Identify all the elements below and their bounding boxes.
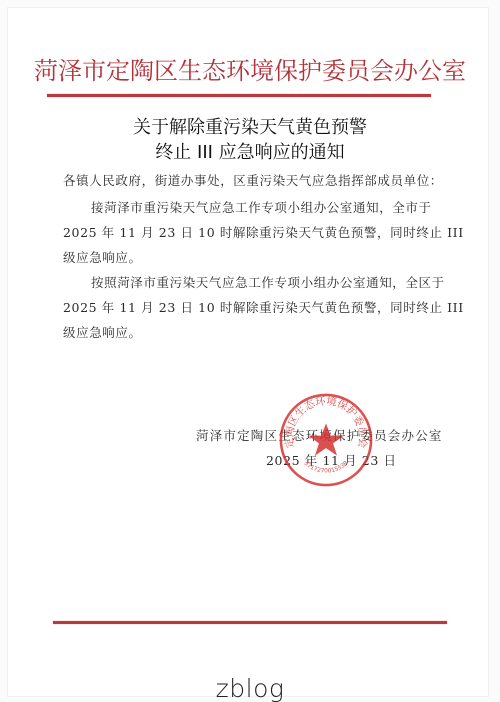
issuer-header-title: 菏泽市定陶区生态环境保护委员会办公室: [0, 56, 500, 86]
header-red-rule: [47, 94, 431, 97]
official-seal-icon: 菏泽市定陶区生态环境保护委员会办公室 3717270015538: [277, 391, 375, 489]
paragraph-2-line-1: 按照菏泽市重污染天气应急工作专项小组办公室通知，全区于: [91, 273, 445, 293]
watermark-text: zblog: [0, 674, 500, 702]
paragraph-1-line-1: 接菏泽市重污染天气应急工作专项小组办公室通知，全市于: [91, 198, 432, 218]
paragraph-2-line-2: 2025 年 11 月 23 日 10 时解除重污染天气黄色预警，同时终止 II…: [63, 298, 464, 318]
salutation: 各镇人民政府，街道办事处，区重污染天气应急指挥部成员单位：: [63, 171, 443, 191]
document-page: [7, 7, 489, 697]
document-title-line-1: 关于解除重污染天气黄色预警: [0, 115, 500, 140]
svg-text:3717270015538: 3717270015538: [303, 460, 350, 474]
footer-red-rule: [53, 621, 447, 624]
paragraph-1-line-2: 2025 年 11 月 23 日 10 时解除重污染天气黄色预警，同时终止 II…: [63, 223, 464, 243]
document-title-line-2: 终止 III 应急响应的通知: [0, 140, 500, 165]
paragraph-2-line-3: 级应急响应。: [63, 323, 142, 343]
paragraph-1-line-3: 级应急响应。: [63, 248, 142, 268]
seal-code-text: 3717270015538: [303, 460, 350, 474]
